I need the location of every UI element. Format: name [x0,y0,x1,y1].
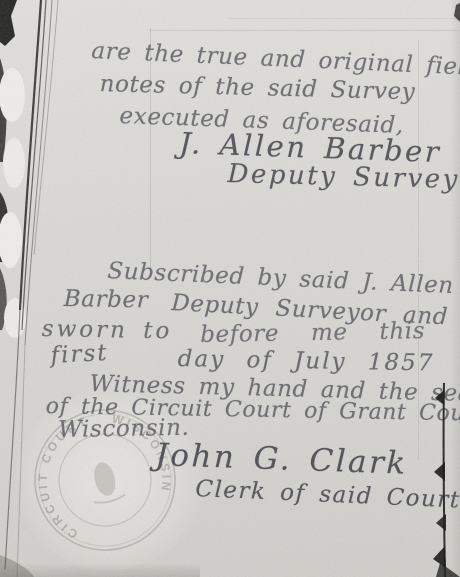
binding-dark-blob-top [0,0,17,46]
handwritten-line-attest-4b: day of July 1857 [178,346,435,376]
torn-paper-scallop [0,212,22,268]
bottom-scan-shading [0,563,200,577]
right-edge-thorn [433,546,446,568]
seal-center-figure [91,460,119,498]
scanned-document-page: CIRCUIT COURT WISCONSIN are the true and… [0,0,460,577]
right-edge-thorn [436,514,446,531]
right-edge-thorn [434,462,445,481]
book-binding-edge [0,0,80,577]
torn-paper-scallop [3,138,25,188]
top-horizontal-rule [150,30,458,31]
page-edge-diagonal [17,345,25,577]
handwritten-line-attest-3b: before me this [200,318,425,348]
torn-paper-scallop [0,68,25,122]
right-edge-thorn [435,390,444,405]
handwritten-line-attest-1: Subscribed by said J. Allen [107,258,454,299]
page-edge-diagonal [5,310,20,570]
right-page-shading [450,0,460,577]
